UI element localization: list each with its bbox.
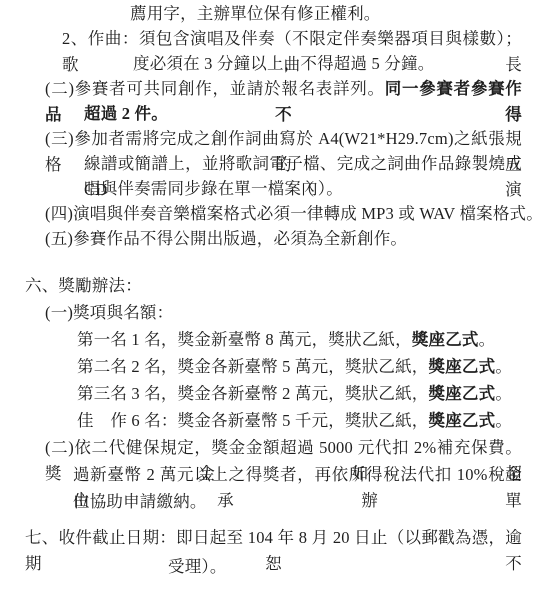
doc-line: (四)演唱與伴奏音樂檔案格式必須一律轉成 MP3 或 WAV 檔案格式。: [45, 201, 543, 227]
doc-line: 度必須在 3 分鐘以上，不得超過 5 分鐘。: [133, 51, 434, 77]
text-run: 位協助申請繳納。: [73, 492, 207, 511]
doc-line: 位協助申請繳納。: [73, 489, 207, 515]
document-page: 薦用字，主辦單位保有修正權利。 2、作曲：須包含演唱及伴奏（不限定伴奏樂器項目與…: [0, 0, 550, 591]
prize-item: 佳 作 6 名：獎金各新臺幣 5 千元，獎狀乙紙，獎座乙式。: [77, 408, 512, 434]
prize-item: 第三名 3 名，獎金各新臺幣 2 萬元，獎狀乙紙，獎座乙式。: [77, 381, 512, 407]
text-run-bold: 獎座乙式: [429, 411, 496, 430]
text-run: 六、獎勵辦法：: [25, 276, 142, 295]
text-run: (四)演唱與伴奏音樂檔案格式必須一律轉成 MP3 或 WAV 檔案格式。: [45, 204, 543, 223]
text-run: 受理）。: [168, 557, 227, 576]
text-run: 。: [495, 357, 512, 376]
text-run: 第三名 3 名，獎金各新臺幣 2 萬元，獎狀乙紙，: [77, 384, 429, 403]
text-run: 唱與伴奏需同步錄在單一檔案內）。: [84, 179, 343, 198]
text-run-bold: 超過 2 件。: [84, 104, 168, 123]
section-heading: 六、獎勵辦法：: [25, 273, 142, 299]
doc-line: 超過 2 件。: [84, 101, 168, 127]
text-run: 第二名 2 名，獎金各新臺幣 5 萬元，獎狀乙紙，: [77, 357, 429, 376]
text-run: 第一名 1 名，獎金新臺幣 8 萬元，獎狀乙紙，: [77, 330, 412, 349]
text-run: 七、收件截止日期：即日起至 104 年 8 月 20 日止（以郵戳為憑，逾期恕不: [25, 528, 522, 573]
prize-item: 第一名 1 名，獎金新臺幣 8 萬元，獎狀乙紙，獎座乙式。: [77, 327, 495, 353]
doc-line: 唱與伴奏需同步錄在單一檔案內）。: [84, 176, 343, 202]
text-run: 。: [479, 330, 496, 349]
doc-line: (五)參賽作品不得公開出版過，必須為全新創作。: [45, 226, 407, 252]
text-run-bold: 獎座乙式: [429, 384, 496, 403]
text-run: 。: [495, 384, 512, 403]
text-run: 度必須在 3 分鐘以上，不得超過 5 分鐘。: [133, 54, 434, 73]
text-run: 佳 作 6 名：獎金各新臺幣 5 千元，獎狀乙紙，: [77, 411, 429, 430]
text-run-bold: 獎座乙式: [429, 357, 496, 376]
text-run: (五)參賽作品不得公開出版過，必須為全新創作。: [45, 229, 407, 248]
text-run-bold: 獎座乙式: [412, 330, 479, 349]
text-run: 薦用字，主辦單位保有修正權利。: [130, 4, 381, 23]
text-run: 。: [495, 411, 512, 430]
doc-line: 薦用字，主辦單位保有修正權利。: [130, 1, 381, 27]
doc-line: 受理）。: [168, 554, 227, 580]
doc-line: (一)獎項與名額：: [45, 300, 173, 326]
text-run: (二)參賽者可共同創作，並請於報名表詳列。: [45, 79, 385, 98]
text-run: (一)獎項與名額：: [45, 303, 173, 322]
section-heading: 七、收件截止日期：即日起至 104 年 8 月 20 日止（以郵戳為憑，逾期恕不: [25, 525, 522, 577]
prize-item: 第二名 2 名，獎金各新臺幣 5 萬元，獎狀乙紙，獎座乙式。: [77, 354, 512, 380]
